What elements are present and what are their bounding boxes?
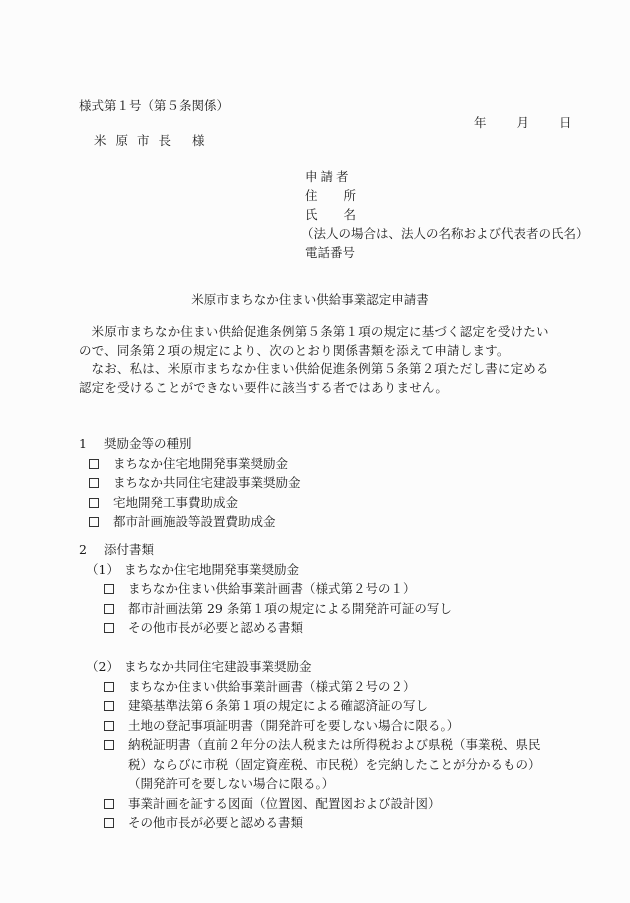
checkbox-icon[interactable]	[104, 623, 114, 633]
spacer	[79, 638, 558, 658]
section-heading: 2添付書類	[79, 540, 558, 560]
date-day-label: 日	[559, 114, 572, 132]
checkbox-icon[interactable]	[89, 498, 99, 508]
document-title: 米原市まちなか住まい供給事業認定申請書	[191, 292, 429, 307]
item-label: その他市長が必要と認める書類	[128, 815, 303, 830]
name-label-2: 名	[344, 207, 357, 222]
section-incentive-type: 1奨励金等の種別 まちなか住宅地開発事業奨励金 まちなか共同住宅建設事業奨励金 …	[79, 434, 301, 532]
addressee-name: 米原市長	[94, 133, 180, 148]
applicant-label: 申請者	[301, 167, 589, 186]
checkbox-item[interactable]: 土地の登記事項証明書（開発許可を要しない場合に限る。）	[79, 716, 558, 736]
addressee: 米原市長様	[94, 132, 205, 150]
item-label: その他市長が必要と認める書類	[128, 620, 303, 635]
address-label: 住所	[301, 186, 589, 205]
date-year-label: 年	[474, 114, 487, 132]
option-label: まちなか共同住宅建設事業奨励金	[113, 475, 301, 490]
applicant-block: 申請者 住所 氏名 （法人の場合は、法人の名称および代表者の氏名） 電話番号	[301, 167, 589, 262]
checkbox-icon[interactable]	[104, 721, 114, 731]
paragraph-request: 米原市まちなか住まい供給促進条例第５条第１項の規定に基づく認定を受けたいので、同…	[79, 323, 559, 360]
addressee-honorific: 様	[192, 133, 205, 148]
checkbox-item[interactable]: 納税証明書（直前２年分の法人税または所得税および県税（事業税、県民税）ならびに市…	[79, 735, 558, 794]
section-title: 添付書類	[104, 542, 154, 557]
checkbox-item[interactable]: 事業計画を証する図面（位置図、配置図および設計図）	[79, 794, 558, 814]
subsection-heading: （2）まちなか共同住宅建設事業奨励金	[79, 657, 558, 677]
checkbox-icon[interactable]	[104, 740, 114, 750]
checkbox-item[interactable]: その他市長が必要と認める書類	[79, 813, 558, 833]
date-month-label: 月	[517, 114, 530, 132]
item-label: まちなか住まい供給事業計画書（様式第２号の２）	[128, 679, 416, 694]
paragraph-declaration: なお、私は、米原市まちなか住まい供給促進条例第５条第２項ただし書に定める認定を受…	[79, 360, 559, 397]
item-label: 土地の登記事項証明書（開発許可を要しない場合に限る。）	[128, 718, 459, 733]
section-heading: 1奨励金等の種別	[79, 434, 301, 454]
document-title-row: 米原市まちなか住まい供給事業認定申請書	[0, 291, 630, 309]
checkbox-icon[interactable]	[104, 799, 114, 809]
section-number: 2	[79, 540, 104, 560]
subsection-title: まちなか住宅地開発事業奨励金	[124, 562, 299, 577]
date-line: 年 月 日	[474, 114, 572, 132]
option-label: 都市計画施設等設置費助成金	[113, 514, 276, 529]
checkbox-option[interactable]: 都市計画施設等設置費助成金	[79, 512, 301, 532]
checkbox-option[interactable]: 宅地開発工事費助成金	[79, 493, 301, 513]
option-label: まちなか住宅地開発事業奨励金	[113, 456, 288, 471]
checkbox-icon[interactable]	[104, 701, 114, 711]
name-label: 氏名	[301, 205, 589, 224]
name-label-1: 氏	[305, 207, 318, 222]
address-label-2: 所	[344, 188, 357, 203]
checkbox-icon[interactable]	[104, 604, 114, 614]
checkbox-icon[interactable]	[89, 478, 99, 488]
checkbox-option[interactable]: まちなか共同住宅建設事業奨励金	[79, 473, 301, 493]
checkbox-icon[interactable]	[89, 517, 99, 527]
checkbox-icon[interactable]	[104, 682, 114, 692]
checkbox-item[interactable]: まちなか住まい供給事業計画書（様式第２号の１）	[79, 579, 558, 599]
corporation-note: （法人の場合は、法人の名称および代表者の氏名）	[301, 224, 589, 243]
checkbox-icon[interactable]	[104, 584, 114, 594]
checkbox-item[interactable]: まちなか住まい供給事業計画書（様式第２号の２）	[79, 677, 558, 697]
subsection-heading: （1）まちなか住宅地開発事業奨励金	[79, 560, 558, 580]
phone-label: 電話番号	[301, 243, 589, 262]
body-paragraphs: 米原市まちなか住まい供給促進条例第５条第１項の規定に基づく認定を受けたいので、同…	[79, 323, 559, 397]
item-label: まちなか住まい供給事業計画書（様式第２号の１）	[128, 581, 416, 596]
item-label: 都市計画法第 29 条第１項の規定による開発許可証の写し	[128, 601, 452, 616]
section-title: 奨励金等の種別	[104, 436, 192, 451]
subsection-title: まちなか共同住宅建設事業奨励金	[124, 659, 312, 674]
section-number: 1	[79, 434, 104, 454]
form-number: 様式第１号（第５条関係）	[79, 97, 229, 115]
checkbox-icon[interactable]	[89, 459, 99, 469]
checkbox-item[interactable]: その他市長が必要と認める書類	[79, 618, 558, 638]
section-attachments: 2添付書類 （1）まちなか住宅地開発事業奨励金 まちなか住まい供給事業計画書（様…	[79, 540, 558, 833]
item-label: 建築基準法第６条第１項の規定による確認済証の写し	[128, 698, 428, 713]
item-label: 納税証明書（直前２年分の法人税または所得税および県税（事業税、県民税）ならびに市…	[128, 735, 558, 794]
checkbox-item[interactable]: 都市計画法第 29 条第１項の規定による開発許可証の写し	[79, 599, 558, 619]
checkbox-icon[interactable]	[104, 818, 114, 828]
subsection-number: （1）	[86, 560, 124, 580]
subsection-number: （2）	[86, 657, 124, 677]
address-label-1: 住	[305, 188, 318, 203]
checkbox-item[interactable]: 建築基準法第６条第１項の規定による確認済証の写し	[79, 696, 558, 716]
item-label: 事業計画を証する図面（位置図、配置図および設計図）	[128, 796, 441, 811]
checkbox-option[interactable]: まちなか住宅地開発事業奨励金	[79, 454, 301, 474]
option-label: 宅地開発工事費助成金	[113, 495, 238, 510]
